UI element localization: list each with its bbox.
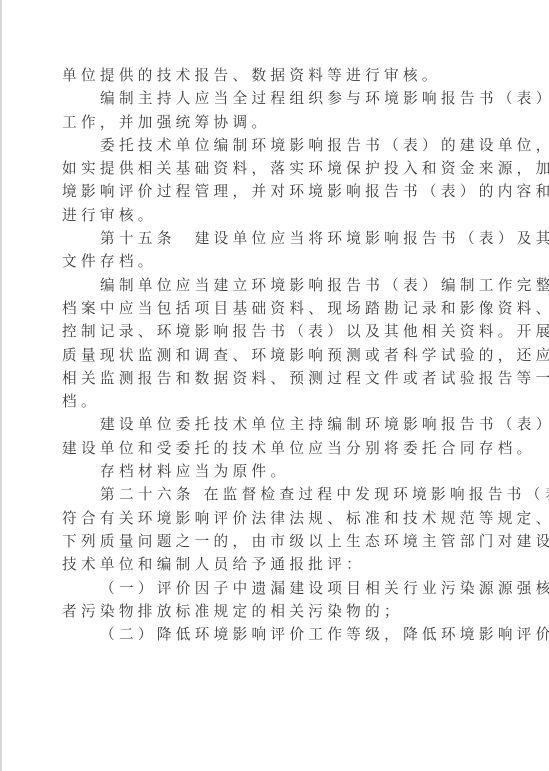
text-line: 档案中应当包括项目基础资料、现场踏勘记录和影像资料、质量 (24, 297, 482, 320)
text-line: （二）降低环境影响评价工作等级，降低环境影响评价标准， (62, 623, 482, 646)
text-line: 档。 (24, 390, 482, 413)
text-line: 境影响评价过程管理，并对环境影响报告书（表）的内容和结论 (24, 180, 482, 203)
document-body: 单位提供的技术报告、数据资料等进行审核。编制主持人应当全过程组织参与环境影响报告… (62, 64, 482, 646)
text-line: 建设单位委托技术单位主持编制环境影响报告书（表）的， (62, 413, 482, 436)
text-line: 工作，并加强统筹协调。 (24, 111, 482, 134)
paragraph: 单位提供的技术报告、数据资料等进行审核。 (62, 64, 482, 87)
text-line: 控制记录、环境影响报告书（表）以及其他相关资料。开展环境 (24, 320, 482, 343)
text-line: 委托技术单位编制环境影响报告书（表）的建设单位，应当 (62, 134, 482, 157)
text-line: 存档材料应当为原件。 (62, 460, 482, 483)
text-line: 文件存档。 (24, 250, 482, 273)
document-page: 单位提供的技术报告、数据资料等进行审核。编制主持人应当全过程组织参与环境影响报告… (0, 0, 549, 771)
text-line: 相关监测报告和数据资料、预测过程文件或者试验报告等一并存 (24, 367, 482, 390)
text-line: （一）评价因子中遗漏建设项目相关行业污染源源强核算或 (62, 577, 482, 600)
paragraph: 委托技术单位编制环境影响报告书（表）的建设单位，应当如实提供相关基础资料，落实环… (62, 134, 482, 227)
paragraph: 存档材料应当为原件。 (62, 460, 482, 483)
text-line: 进行审核。 (24, 204, 482, 227)
text-line: 质量现状监测和调查、环境影响预测或者科学试验的，还应当将 (24, 344, 482, 367)
paragraph: 编制单位应当建立环境影响报告书（表）编制工作完整档案。档案中应当包括项目基础资料… (62, 274, 482, 414)
text-line: 技术单位和编制人员给予通报批评： (24, 553, 482, 576)
text-line: 第十五条 建设单位应当将环境影响报告书（表）及其审批 (62, 227, 482, 250)
paragraph: （二）降低环境影响评价工作等级，降低环境影响评价标准， (62, 623, 482, 646)
paragraph: 编制主持人应当全过程组织参与环境影响报告书（表）编制工作，并加强统筹协调。 (62, 87, 482, 134)
text-line: 符合有关环境影响评价法律法规、标准和技术规范等规定、存在 (24, 507, 482, 530)
text-line: 下列质量问题之一的，由市级以上生态环境主管部门对建设单位、 (24, 530, 482, 553)
text-line: 第二十六条 在监督检查过程中发现环境影响报告书（表）不 (62, 483, 482, 506)
text-line: 如实提供相关基础资料，落实环境保护投入和资金来源，加强环 (24, 157, 482, 180)
text-line: 建设单位和受委托的技术单位应当分别将委托合同存档。 (24, 437, 482, 460)
text-line: 编制单位应当建立环境影响报告书（表）编制工作完整档案。 (62, 274, 482, 297)
paragraph: 第二十六条 在监督检查过程中发现环境影响报告书（表）不符合有关环境影响评价法律法… (62, 483, 482, 576)
text-line: 单位提供的技术报告、数据资料等进行审核。 (62, 64, 482, 87)
text-line: 者污染物排放标准规定的相关污染物的； (24, 600, 482, 623)
paragraph: 第十五条 建设单位应当将环境影响报告书（表）及其审批文件存档。 (62, 227, 482, 274)
text-line: 编制主持人应当全过程组织参与环境影响报告书（表）编制 (62, 87, 482, 110)
paragraph: （一）评价因子中遗漏建设项目相关行业污染源源强核算或者污染物排放标准规定的相关污… (62, 577, 482, 624)
paragraph: 建设单位委托技术单位主持编制环境影响报告书（表）的，建设单位和受委托的技术单位应… (62, 413, 482, 460)
